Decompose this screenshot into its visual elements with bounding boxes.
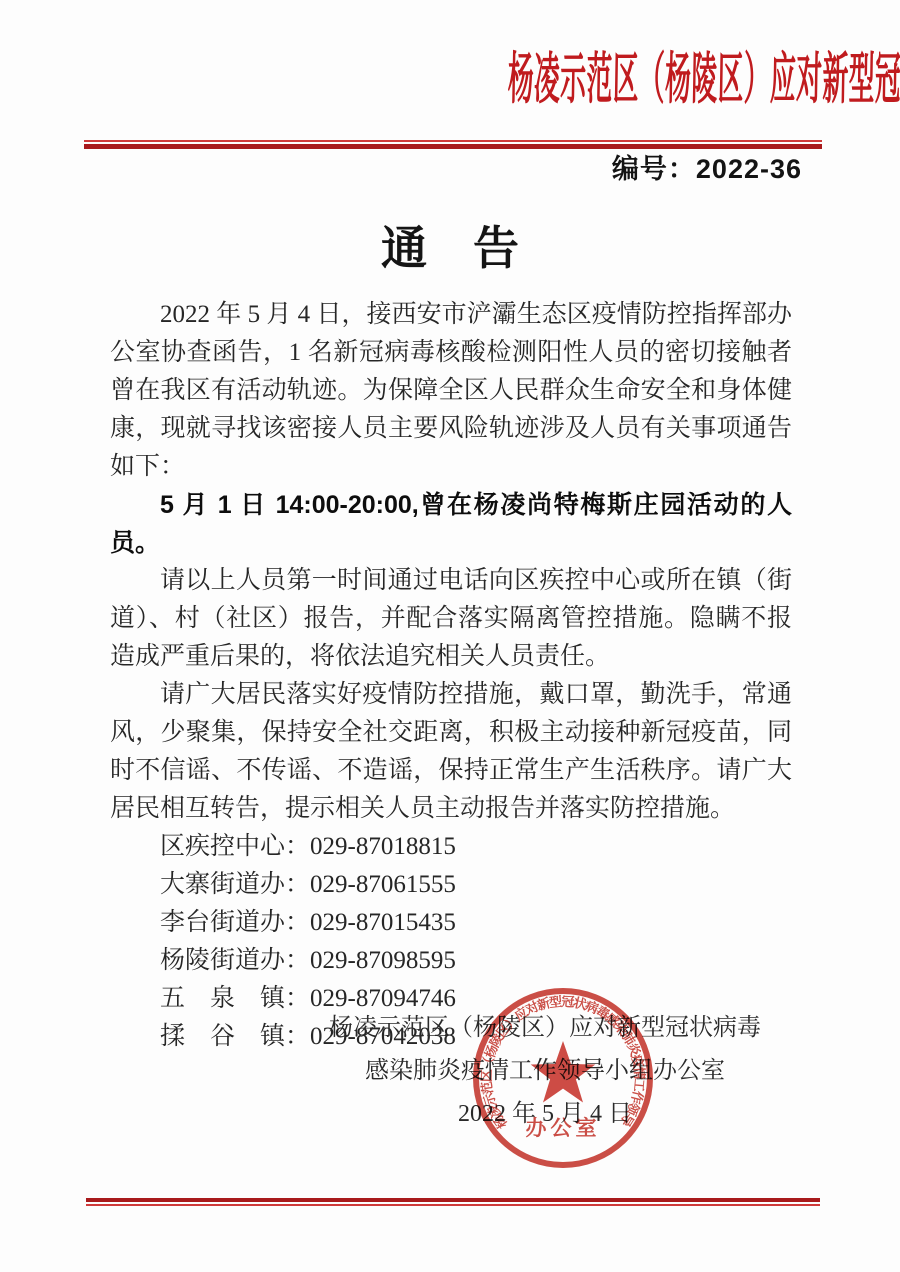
signature-block: 杨凌示范区（杨陵区）应对新型冠状病毒 感染肺炎疫情工作领导小组办公室 2022 … (300, 1007, 790, 1136)
contact-row: 区疾控中心：029-87018815 (160, 828, 792, 866)
doc-number: 编号：2022-36 (612, 147, 802, 186)
paragraph-report-instruction: 请以上人员第一时间通过电话向区疾控中心或所在镇（街道）、村（社区）报告，并配合落… (110, 562, 792, 676)
paragraph-intro: 2022 年 5 月 4 日，接西安市浐灞生态区疫情防控指挥部办公室协查函告，1… (110, 296, 792, 486)
contact-row: 大寨街道办：029-87061555 (160, 866, 792, 904)
signature-line-2: 感染肺炎疫情工作领导小组办公室 (300, 1050, 790, 1093)
notice-document-page: 杨凌示范区（杨陵区）应对新型冠状病毒感染肺炎疫情工作领导小组办公室 编号：202… (0, 0, 900, 1272)
contact-label: 李台街道办 (160, 904, 285, 942)
footer-double-rule (86, 1198, 820, 1206)
paragraph-public-advice: 请广大居民落实好疫情防控措施，戴口罩，勤洗手，常通风，少聚集，保持安全社交距离，… (110, 676, 792, 828)
signature-line-1: 杨凌示范区（杨陵区）应对新型冠状病毒 (300, 1007, 790, 1050)
contact-colon: ： (285, 833, 310, 860)
contact-row: 杨陵街道办：029-87098595 (160, 942, 792, 980)
notice-title: 通 告 (0, 212, 900, 278)
contact-colon: ： (285, 947, 310, 974)
notice-body: 2022 年 5 月 4 日，接西安市浐灞生态区疫情防控指挥部办公室协查函告，1… (110, 296, 792, 1056)
contact-colon: ： (285, 871, 310, 898)
contact-phone: 029-87098595 (310, 947, 456, 974)
contact-phone: 029-87061555 (310, 871, 456, 898)
letterhead: 杨凌示范区（杨陵区）应对新型冠状病毒感染肺炎疫情工作领导小组办公室 (0, 46, 900, 114)
contact-row: 李台街道办：029-87015435 (160, 904, 792, 942)
letterhead-org-name: 杨凌示范区（杨陵区）应对新型冠状病毒感染肺炎疫情工作领导小组办公室 (507, 46, 900, 114)
contact-label: 杨陵街道办 (160, 942, 285, 980)
contact-label: 区疾控中心 (160, 828, 285, 866)
highlight-risk-line: 5 月 1 日 14:00-20:00,曾在杨凌尚特梅斯庄园活动的人员。 (110, 486, 792, 562)
contact-phone: 029-87015435 (310, 909, 456, 936)
contact-label: 大寨街道办 (160, 866, 285, 904)
contact-phone: 029-87018815 (310, 833, 456, 860)
contact-label: 五 泉 镇 (160, 980, 285, 1018)
contact-colon: ： (285, 909, 310, 936)
contact-label: 揉 谷 镇 (160, 1018, 285, 1056)
signature-date: 2022 年 5 月 4 日 (300, 1093, 790, 1136)
